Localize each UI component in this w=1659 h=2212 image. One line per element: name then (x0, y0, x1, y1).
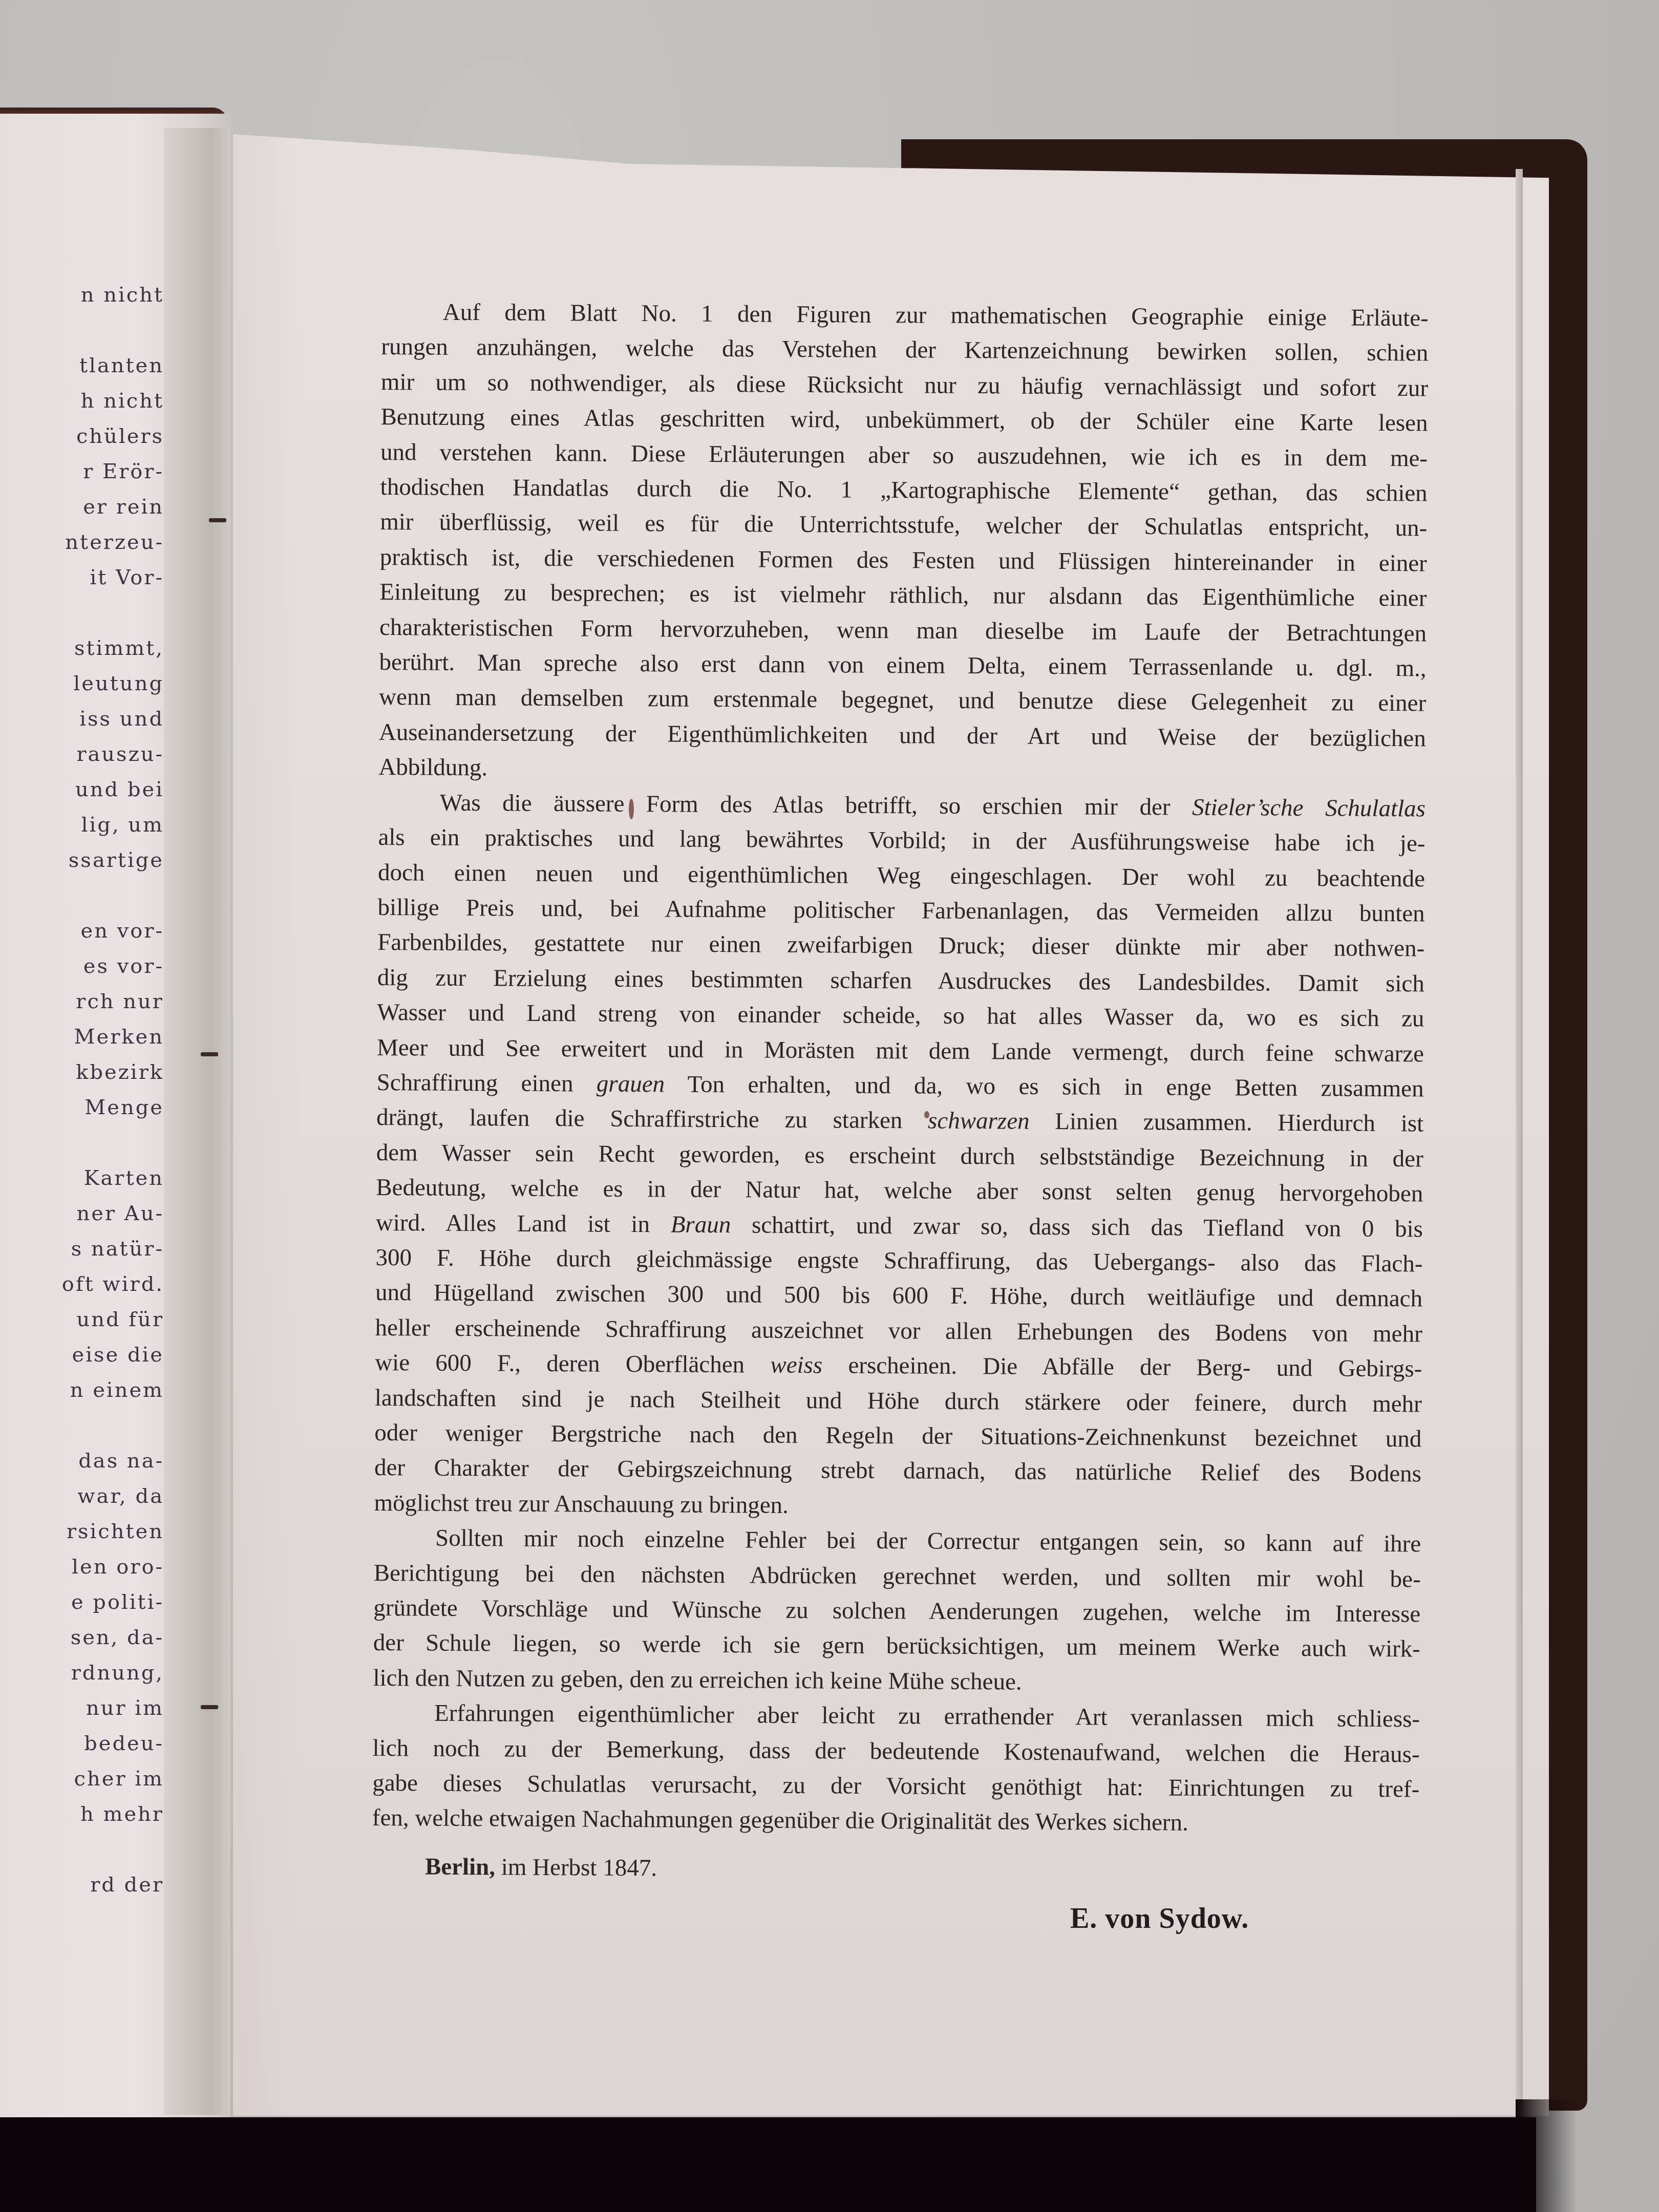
left-page-line: das na- (0, 1443, 164, 1479)
left-page-line: h nicht (0, 384, 164, 419)
place-date-line: Berlin, im Herbst 1847. (425, 1853, 657, 1882)
text-line: Schraffirung einen grauen Ton erhalten, … (376, 1065, 1423, 1107)
text-line: wird. Alles Land ist in Braun schattirt,… (376, 1205, 1423, 1247)
shadow-under-book (0, 2117, 1536, 2212)
left-page-line: Karten (0, 1161, 164, 1196)
paragraph: Erfahrungen eigenthümlicher aber leicht … (372, 1695, 1420, 1842)
text-line: der Schule liegen, so werde ich sie gern… (373, 1625, 1420, 1667)
italic-term: schwarzen (928, 1108, 1030, 1135)
book-gutter (164, 128, 230, 2115)
left-page-line: ner Au- (0, 1196, 164, 1231)
left-page-line: und für (0, 1302, 164, 1337)
italic-term: grauen (597, 1071, 665, 1098)
text-line: rungen anzuhängen, welche das Verstehen … (381, 329, 1428, 371)
left-page-line: leutung (0, 666, 164, 701)
left-page-line: tlanten (0, 348, 164, 384)
text-line: dig zur Erzielung eines bestimmten schar… (377, 960, 1424, 1002)
text-line: Sollten mir noch einzelne Fehler bei der… (374, 1520, 1421, 1562)
left-page-line: len oro- (0, 1549, 164, 1585)
left-page-text: n nicht tlantenh nichtchülersr Erör-er r… (0, 278, 164, 1903)
text-line: gabe dieses Schulatlas verursacht, zu de… (372, 1766, 1419, 1807)
text-line: fen, welche etwaigen Nachahmungen gegenü… (372, 1800, 1419, 1842)
left-page-line: rd der (0, 1867, 164, 1903)
left-page-line (0, 595, 164, 631)
left-page-line: iss und (0, 701, 164, 737)
left-page-line: rauszu- (0, 737, 164, 772)
left-page-line: stimmt, (0, 631, 164, 666)
left-page-line (0, 313, 164, 348)
text-line: Benutzung eines Atlas geschritten wird, … (380, 399, 1428, 441)
text-line: Farbenbildes, gestattete nur einen zweif… (377, 925, 1424, 966)
left-page-line: nterzeu- (0, 525, 164, 560)
left-page-line: ssartige (0, 843, 164, 878)
text-line: und verstehen kann. Diese Erläuterungen … (380, 435, 1428, 476)
left-page-line: e politi- (0, 1585, 164, 1620)
text-line: 300 F. Höhe durch gleichmässige engste S… (375, 1240, 1422, 1282)
author-signature: E. von Sydow. (1070, 1902, 1249, 1935)
left-page-line: chülers (0, 419, 164, 454)
text-line: Auf dem Blatt No. 1 den Figuren zur math… (381, 294, 1429, 336)
text-line: Wasser und Land streng von einander sche… (377, 995, 1424, 1036)
left-page-line: rch nur (0, 984, 164, 1019)
text-line: mir überflüssig, weil es für die Unterri… (380, 504, 1427, 546)
text-line: der Charakter der Gebirgszeichnung streb… (374, 1450, 1421, 1492)
text-line: heller erscheinende Schraffirung auszeic… (375, 1310, 1422, 1352)
left-page-line: Menge (0, 1090, 164, 1125)
text-line: mir um so nothwendiger, als diese Rücksi… (381, 365, 1428, 406)
text-line: lich noch zu der Bemerkung, dass der bed… (372, 1731, 1419, 1772)
text-line: Erfahrungen eigenthümlicher aber leicht … (373, 1695, 1420, 1737)
text-line: möglichst treu zur Anschauung zu bringen… (374, 1485, 1421, 1527)
text-line: lich den Nutzen zu geben, den zu erreich… (373, 1661, 1420, 1702)
text-line: Berichtigung bei den nächsten Abdrücken … (374, 1556, 1421, 1597)
text-line: Einleitung zu besprechen; es ist vielmeh… (379, 575, 1427, 616)
text-line: berührt. Man spreche also erst dann von … (379, 645, 1426, 686)
text-line: billige Preis und, bei Aufnahme politisc… (377, 890, 1424, 931)
left-page-line: oft wird. (0, 1267, 164, 1302)
left-page-line: bedeu- (0, 1726, 164, 1761)
date-text: im Herbst 1847. (501, 1854, 657, 1882)
binding-thread (209, 518, 226, 522)
left-page-line: h mehr (0, 1797, 164, 1832)
left-page-line: er rein (0, 490, 164, 525)
place-name: Berlin, (425, 1854, 495, 1881)
preface-body: Auf dem Blatt No. 1 den Figuren zur math… (372, 294, 1429, 1842)
text-line: Auseinandersetzung der Eigenthümlichkeit… (379, 715, 1426, 756)
left-page-line: n einem (0, 1373, 164, 1408)
shadow-edge (1516, 2099, 1577, 2212)
binding-thread (201, 1052, 218, 1056)
paragraph: Auf dem Blatt No. 1 den Figuren zur math… (378, 294, 1429, 791)
left-page-line: r Erör- (0, 454, 164, 490)
left-page-line: en vor- (0, 913, 164, 949)
text-line: landschaften sind je nach Steilheit und … (375, 1380, 1422, 1422)
left-page-line (0, 1125, 164, 1161)
binding-thread (201, 1705, 218, 1709)
italic-term: weiss (770, 1352, 822, 1379)
text-line: Abbildung. (378, 750, 1426, 791)
text-line: gründete Vorschläge und Wünsche zu solch… (373, 1590, 1420, 1632)
left-page-line: Merken (0, 1019, 164, 1055)
text-line: Meer und See erweitert und in Morästen m… (377, 1030, 1424, 1072)
left-page-line (0, 878, 164, 913)
left-page-line: rdnung, (0, 1655, 164, 1691)
text-line: dem Wasser sein Recht geworden, es ersch… (376, 1135, 1423, 1177)
left-page-line: cher im (0, 1761, 164, 1797)
text-line: als ein praktisches und lang bewährtes V… (378, 820, 1425, 861)
text-line: praktisch ist, die verschiedenen Formen … (380, 540, 1427, 581)
text-line: wenn man demselben zum erstenmale begegn… (379, 679, 1426, 721)
left-page-line: kbezirk (0, 1055, 164, 1090)
text-line: wie 600 F., deren Oberflächen weiss ersc… (375, 1345, 1422, 1387)
text-line: und Hügelland zwischen 300 und 500 bis 6… (375, 1275, 1422, 1316)
left-page-line: it Vor- (0, 560, 164, 595)
left-page-line (0, 1408, 164, 1443)
left-page-line: s natür- (0, 1231, 164, 1267)
left-page-line: rsichten (0, 1514, 164, 1549)
text-line: doch einen neuen und eigenthümlichen Weg… (378, 855, 1425, 896)
italic-term: Stieler’sche Schulatlas (1192, 794, 1426, 822)
text-line: Was die äussere Form des Atlas betrifft,… (378, 785, 1426, 826)
text-line: charakteristischen Form hervorzuheben, w… (379, 610, 1427, 651)
text-line: thodischen Handatlas durch die No. 1 „Ka… (380, 470, 1427, 511)
left-page-line: lig, um (0, 807, 164, 843)
left-page-line: n nicht (0, 278, 164, 313)
left-page-line: nur im (0, 1691, 164, 1726)
left-page-line: sen, da- (0, 1620, 164, 1655)
text-line: Bedeutung, welche es in der Natur hat, w… (376, 1170, 1423, 1211)
left-page-line: es vor- (0, 949, 164, 984)
left-page-line (0, 1832, 164, 1867)
text-line: drängt, laufen die Schraffirstriche zu s… (376, 1100, 1423, 1141)
left-page-line: eise die (0, 1337, 164, 1373)
left-page-line: und bei (0, 772, 164, 807)
text-line: oder weniger Bergstriche nach den Regeln… (374, 1415, 1421, 1457)
paragraph: Was die äussere Form des Atlas betrifft,… (374, 785, 1426, 1527)
paragraph: Sollten mir noch einzelne Fehler bei der… (373, 1520, 1421, 1702)
italic-term: Braun (671, 1211, 731, 1238)
left-page-line: war, da (0, 1479, 164, 1514)
page-edge (1516, 169, 1523, 2110)
